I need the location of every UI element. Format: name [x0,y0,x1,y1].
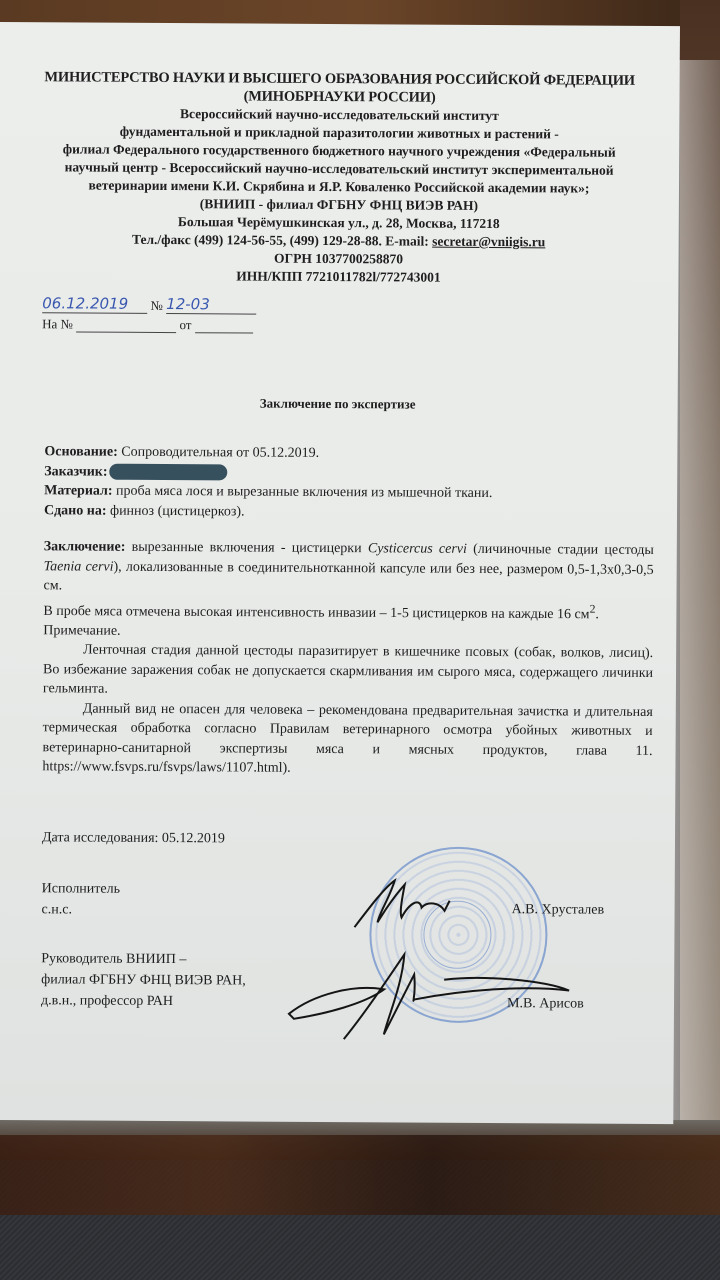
reply-to-label: На № [42,316,73,331]
handwritten-date: 06.12.2019 [42,294,147,314]
fields-block: Основание: Сопроводительная от 05.12.201… [44,442,654,524]
material-value: проба мяса лося и вырезанные включения и… [113,484,493,501]
document-title: Заключение по экспертизе [0,394,678,414]
conclusion-block: Заключение: вырезанные включения - цисти… [42,537,653,780]
submitted-value: финноз (цистицеркоз). [106,503,244,519]
phone-fax: Тел./факс (499) 124-56-55, (499) 129-28-… [132,232,432,249]
note-paragraph: Данный вид не опасен для человека – реко… [42,699,652,781]
executor-position: с.н.с. [42,899,120,920]
inn-kpp: ИНН/КПП 7721011782l/772743001 [0,266,678,288]
conclusion-paragraph: Заключение: вырезанные включения - цисти… [43,537,653,599]
email-link[interactable]: secretar@vniigis.ru [432,234,545,250]
executor-title: Исполнитель [42,878,120,899]
submitted-label: Сдано на: [44,503,107,518]
head-block: Руководитель ВНИИП – филиал ФГБНУ ФНЦ ВИ… [41,948,246,1012]
conclusion-text: ), локализованные в соединительнотканной… [44,559,654,593]
intensity-end: . [595,607,599,622]
executor-name: А.В. Хрусталев [512,899,605,921]
incoming-reference: На № от [42,316,253,333]
head-title: филиал ФГБНУ ФНЦ ВИЭВ РАН, [41,969,246,991]
intensity-paragraph: В пробе мяса отмечена высокая интенсивно… [43,596,653,625]
from-label: от [179,317,191,332]
conclusion-text: вырезанные включения - цистицерки [125,540,368,556]
handwritten-number: 12-03 [166,295,256,315]
submitted-row: Сдано на: финноз (цистицеркоз). [44,501,654,524]
intensity-text: В пробе мяса отмечена высокая интенсивно… [43,603,589,621]
document-page: МИНИСТЕРСТВО НАУКИ И ВЫСШЕГО ОБРАЗОВАНИЯ… [0,22,680,1124]
note-paragraph: Ленточная стадия данной цестоды паразити… [43,640,653,702]
basis-label: Основание: [44,444,117,459]
conclusion-label: Заключение: [44,539,126,554]
executor-signature [349,872,479,933]
desk-surface [0,1135,720,1215]
species-name: Taenia cervi [44,559,114,574]
species-name: Cysticercus cervi [368,541,467,557]
reply-number-blank [76,319,176,333]
material-label: Материал: [44,483,113,498]
customer-label: Заказчик: [44,464,107,479]
head-signature [284,944,585,1046]
head-title: д.в.н., профессор РАН [41,990,246,1012]
number-label: № [150,298,162,313]
basis-value: Сопроводительная от 05.12.2019. [118,445,319,461]
head-title: Руководитель ВНИИП – [41,948,246,970]
conclusion-text: (личиночные стадии цестоды [467,542,654,558]
executor-block: Исполнитель с.н.с. [42,878,121,920]
reply-date-blank [195,320,253,333]
outgoing-reference: 06.12.2019 № 12-03 [42,294,256,314]
letterhead: МИНИСТЕРСТВО НАУКИ И ВЫСШЕГО ОБРАЗОВАНИЯ… [0,68,680,288]
customer-redaction [109,464,227,481]
study-date: Дата исследования: 05.12.2019 [42,828,652,851]
